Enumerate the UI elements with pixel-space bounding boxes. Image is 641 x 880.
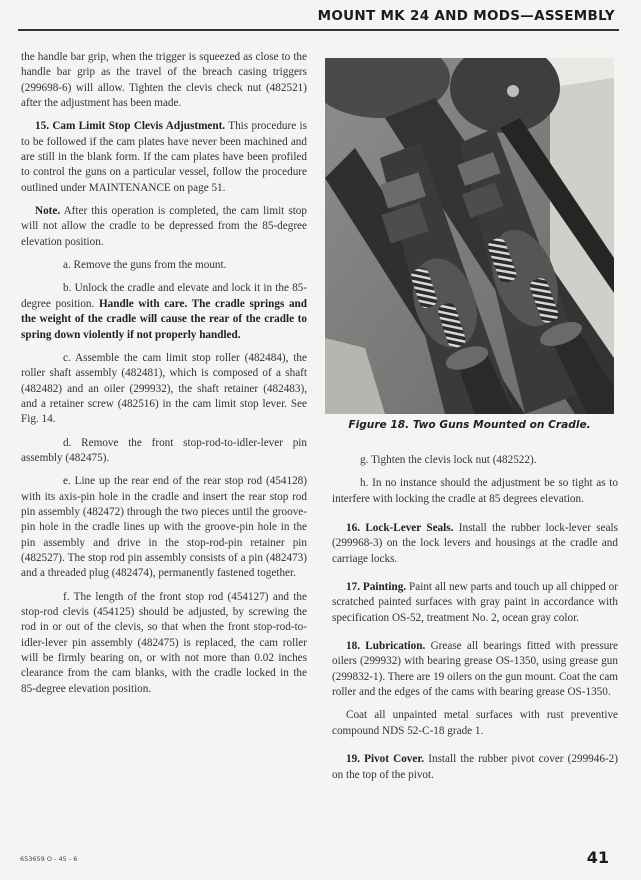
page-number: 41 (587, 848, 609, 867)
section-18-heading: 18. Lubrication. (346, 640, 425, 652)
step-h: h. In no instance should the adjustment … (332, 476, 618, 507)
section-17-heading: 17. Painting. (346, 581, 406, 593)
section-15: 15. Cam Limit Stop Clevis Adjustment. Th… (21, 119, 307, 196)
step-d: d. Remove the front stop-rod-to-idler-le… (21, 436, 307, 467)
step-b: b. Unlock the cradle and elevate and loc… (21, 281, 307, 342)
section-18: 18. Lubrication. Grease all bearings fit… (332, 639, 618, 700)
step-e: e. Line up the rear end of the rear stop… (21, 474, 307, 581)
note: Note. After this operation is completed,… (21, 204, 307, 250)
section-18-rust-preventive: Coat all unpainted metal surfaces with r… (332, 708, 618, 739)
note-body: After this operation is completed, the c… (21, 205, 307, 248)
section-16-heading: 16. Lock-Lever Seals. (346, 522, 453, 534)
left-column: the handle bar grip, when the trigger is… (21, 50, 307, 705)
paragraph-continued: the handle bar grip, when the trigger is… (21, 50, 307, 111)
step-g: g. Tighten the clevis lock nut (482522). (332, 453, 618, 468)
running-header: MOUNT MK 24 AND MODS—ASSEMBLY (18, 8, 619, 28)
right-column: g. Tighten the clevis lock nut (482522).… (332, 453, 618, 791)
gun-cradle-photo-illustration (325, 58, 614, 414)
section-16: 16. Lock-Lever Seals. Install the rubber… (332, 521, 618, 567)
section-19-heading: 19. Pivot Cover. (346, 753, 424, 765)
section-17: 17. Painting. Paint all new parts and to… (332, 580, 618, 626)
figure-caption: Figure 18. Two Guns Mounted on Cradle. (325, 419, 614, 431)
header-title: MOUNT MK 24 AND MODS—ASSEMBLY (318, 8, 615, 24)
step-f: f. The length of the front stop rod (454… (21, 590, 307, 697)
section-19: 19. Pivot Cover. Install the rubber pivo… (332, 752, 618, 783)
figure-18-photo (325, 58, 614, 414)
step-a: a. Remove the guns from the mount. (21, 258, 307, 273)
header-rule (18, 29, 619, 31)
note-label: Note. (35, 205, 60, 217)
print-code: 653659 O - 45 - 6 (20, 855, 77, 863)
section-15-heading: 15. Cam Limit Stop Clevis Adjustment. (35, 120, 225, 132)
step-c: c. Assemble the cam limit stop roller (4… (21, 351, 307, 428)
